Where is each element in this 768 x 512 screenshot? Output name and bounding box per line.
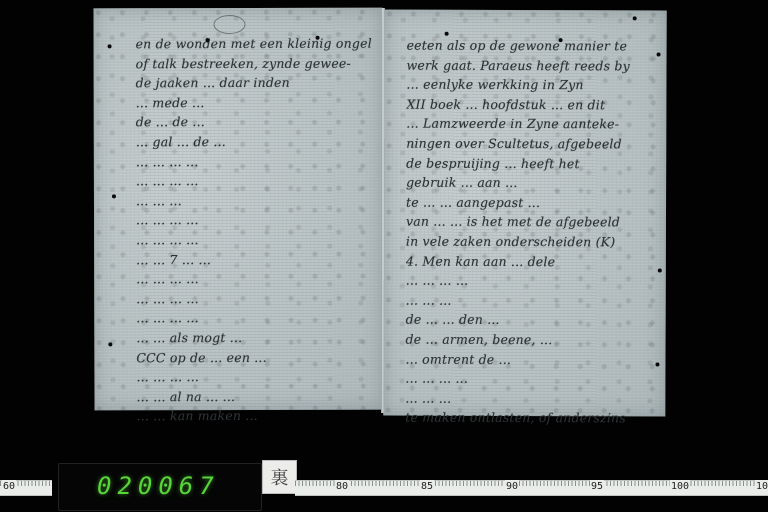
worm-hole (658, 268, 662, 272)
manuscript-line: de bespruijing ... heeft het (406, 153, 644, 173)
ruler-label: 85 (420, 480, 434, 494)
worm-hole (559, 38, 563, 42)
manuscript-line: in vele zaken onderscheiden (K) (406, 232, 644, 252)
worm-hole (633, 16, 637, 20)
left-page: en de wonden met een kleinig ongel of ta… (93, 8, 383, 411)
manuscript-line: de ... de ... (136, 112, 373, 132)
worm-hole (657, 52, 661, 56)
manuscript-line: ... ... ... ... (136, 288, 373, 308)
right-page-text: eeten als op de gewone manier te werk ga… (405, 36, 644, 429)
manuscript-line: ... ... ... ... (136, 171, 373, 191)
manuscript-line: of talk bestreeken, zynde gewee- (136, 53, 373, 73)
manuscript-line: te maken ontlasten, of anderszins (405, 408, 643, 428)
manuscript-line: eeten als op de gewone manier te (407, 36, 645, 56)
right-page: eeten als op de gewone manier te werk ga… (383, 10, 666, 417)
worm-hole (112, 194, 116, 198)
manuscript-line: ... ... ... ... (136, 308, 373, 328)
manuscript-line: te ... ... aangepast ... (406, 192, 644, 212)
manuscript-line: ... ... al na ... ... (136, 386, 373, 406)
manuscript-line: ... Lamzweerde in Zyne aanteke- (406, 114, 644, 134)
ruler-label: 10 (755, 480, 768, 494)
worm-hole (206, 38, 210, 42)
worm-hole (316, 36, 320, 40)
manuscript-line: ... eenlyke werkking in Zyn (406, 75, 644, 95)
left-page-text: en de wonden met een kleinig ongel of ta… (136, 34, 374, 426)
ruler-label: 100 (670, 480, 690, 494)
manuscript-line: ... ... ... ... (136, 230, 373, 250)
side-label: 裏 (271, 464, 289, 490)
manuscript-line: werk gaat. Paraeus heeft reeds by (406, 55, 644, 75)
ruler-label: 60 (2, 480, 16, 494)
ruler-label: 90 (505, 480, 519, 494)
worm-hole (108, 44, 112, 48)
manuscript-line: ... mede ... (136, 92, 373, 112)
manuscript-line: ... ... ... (136, 190, 373, 210)
manuscript-line: ... ... ... ... (136, 367, 373, 387)
manuscript-line: de ... armen, beene, ... (406, 329, 644, 349)
manuscript-line: ... omtrent de ... (405, 349, 643, 369)
manuscript-line: de ... ... den ... (406, 310, 644, 330)
manuscript-line: en de wonden met een kleinig ongel (136, 34, 373, 54)
manuscript-line: ... ... ... ... (406, 271, 644, 291)
manuscript-line: ... ... kan maken ... (137, 406, 374, 426)
manuscript-line: van ... ... is het met de afgebeeld (406, 212, 644, 232)
ruler-label: 80 (335, 480, 349, 494)
manuscript-line: ... ... ... ... (136, 210, 373, 230)
manuscript-line: CCC op de ... een ... (136, 347, 373, 367)
manuscript-line: ... ... ... ... (405, 369, 643, 389)
frame-counter: 020067 (58, 463, 262, 511)
worm-hole (445, 32, 449, 36)
manuscript-line: ... ... ... ... (136, 269, 373, 289)
manuscript-line: XII boek ... hoofdstuk ... en dit (406, 94, 644, 114)
manuscript-line: ... ... ... ... (136, 151, 373, 171)
manuscript-scan: en de wonden met een kleinig ongel of ta… (0, 0, 768, 512)
scale-ruler-right: 80 85 90 95 100 10 (295, 480, 768, 496)
worm-hole (108, 342, 112, 346)
manuscript-line: de jaaken ... daar inden (136, 73, 373, 93)
manuscript-line: ... ... ... (406, 290, 644, 310)
manuscript-line: ningen over Scultetus, afgebeeld (406, 134, 644, 154)
manuscript-line: 4. Men kan aan ... dele (406, 251, 644, 271)
manuscript-line: ... gal ... de ... (136, 132, 373, 152)
worm-hole (655, 362, 659, 366)
scale-ruler-left: 60 (0, 480, 52, 496)
library-stamp (213, 15, 245, 34)
manuscript-line: ... ... 7 ... ... (136, 249, 373, 269)
manuscript-line: gebruik ... aan ... (406, 173, 644, 193)
side-indicator-tag: 裏 (262, 460, 297, 494)
manuscript-line: ... ... als mogt ... (136, 328, 373, 348)
ruler-label: 95 (590, 480, 604, 494)
frame-number: 020067 (97, 472, 220, 500)
manuscript-line: ... ... ... (405, 388, 643, 408)
